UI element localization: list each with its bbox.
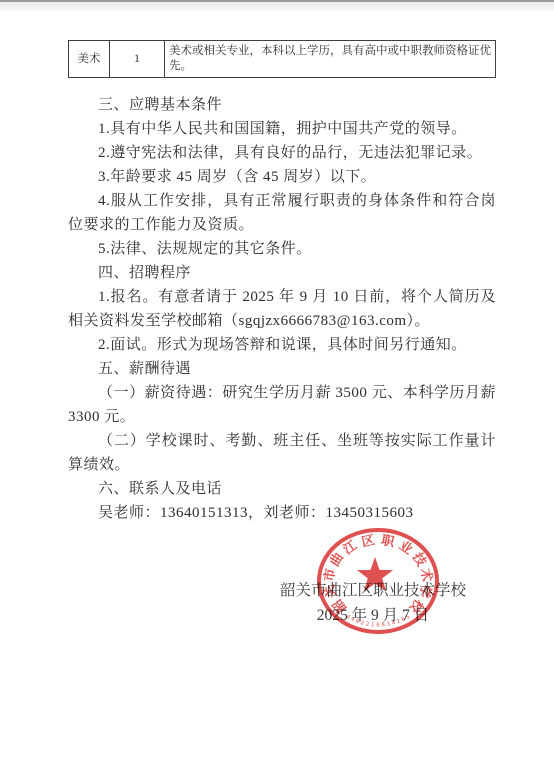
section-heading: 五、薪酬待遇 [68, 357, 496, 381]
star-icon [357, 557, 393, 591]
section-heading: 四、招聘程序 [68, 261, 496, 285]
svg-text:市: 市 [321, 567, 338, 582]
paragraph: 5.法律、法规规定的其它条件。 [68, 237, 496, 261]
section-heading: 三、应聘基本条件 [68, 93, 496, 117]
paragraph: 4.服从工作安排，具有正常履行职责的身体条件和符合岗位要求的工作能力及资质。 [68, 189, 496, 237]
svg-text:职: 职 [380, 532, 397, 550]
document-page: 美术 1 美术或相关专业，本科以上学历，具有高中或中职教师资格证优先。 三、应聘… [0, 0, 554, 759]
svg-text:学: 学 [417, 583, 435, 599]
page-top-shade [0, 0, 554, 13]
svg-text:2: 2 [360, 620, 365, 627]
svg-text:关: 关 [322, 583, 340, 599]
svg-text:3: 3 [386, 621, 390, 628]
paragraph: （一）薪资待遇：研究生学历月薪 3500 元、本科学历月薪 3300 元。 [68, 381, 496, 429]
svg-text:5: 5 [405, 614, 411, 621]
svg-text:1: 1 [371, 622, 375, 628]
table-row: 美术 1 美术或相关专业，本科以上学历，具有高中或中职教师资格证优先。 [69, 41, 496, 78]
position-requirement-cell: 美术或相关专业，本科以上学历，具有高中或中职教师资格证优先。 [165, 41, 496, 78]
section-heading: 六、联系人及电话 [68, 477, 496, 501]
paragraph: 2.面试。形式为现场答辩和说课，具体时间另行通知。 [68, 333, 496, 357]
official-seal: 韶关市曲江区职业技术学校 4402210834265 [310, 522, 446, 642]
paragraph: 2.遵守宪法和法律，具有良好的品行，无违法犯罪记录。 [68, 141, 496, 165]
position-table: 美术 1 美术或相关专业，本科以上学历，具有高中或中职教师资格证优先。 [68, 40, 496, 78]
svg-text:0: 0 [376, 623, 379, 629]
svg-text:区: 区 [360, 532, 376, 549]
paragraph: （二）学校课时、考勤、班主任、坐班等按实际工作量计算绩效。 [68, 429, 496, 477]
svg-text:0: 0 [354, 618, 359, 625]
svg-text:术: 术 [418, 566, 435, 582]
paragraph: 3.年龄要求 45 周岁（含 45 周岁）以下。 [68, 165, 496, 189]
svg-text:2: 2 [365, 621, 369, 628]
paragraph: 1.具有中华人民共和国国籍，拥护中国共产党的领导。 [68, 117, 496, 141]
svg-text:8: 8 [381, 622, 385, 628]
paragraph: 1.报名。有意者请于 2025 年 9 月 10 日前，将个人简历及相关资料发至… [68, 285, 496, 333]
position-count-cell: 1 [110, 41, 165, 78]
position-subject-cell: 美术 [69, 41, 110, 78]
document-body: 三、应聘基本条件 1.具有中华人民共和国国籍，拥护中国共产党的领导。 2.遵守宪… [68, 93, 496, 525]
